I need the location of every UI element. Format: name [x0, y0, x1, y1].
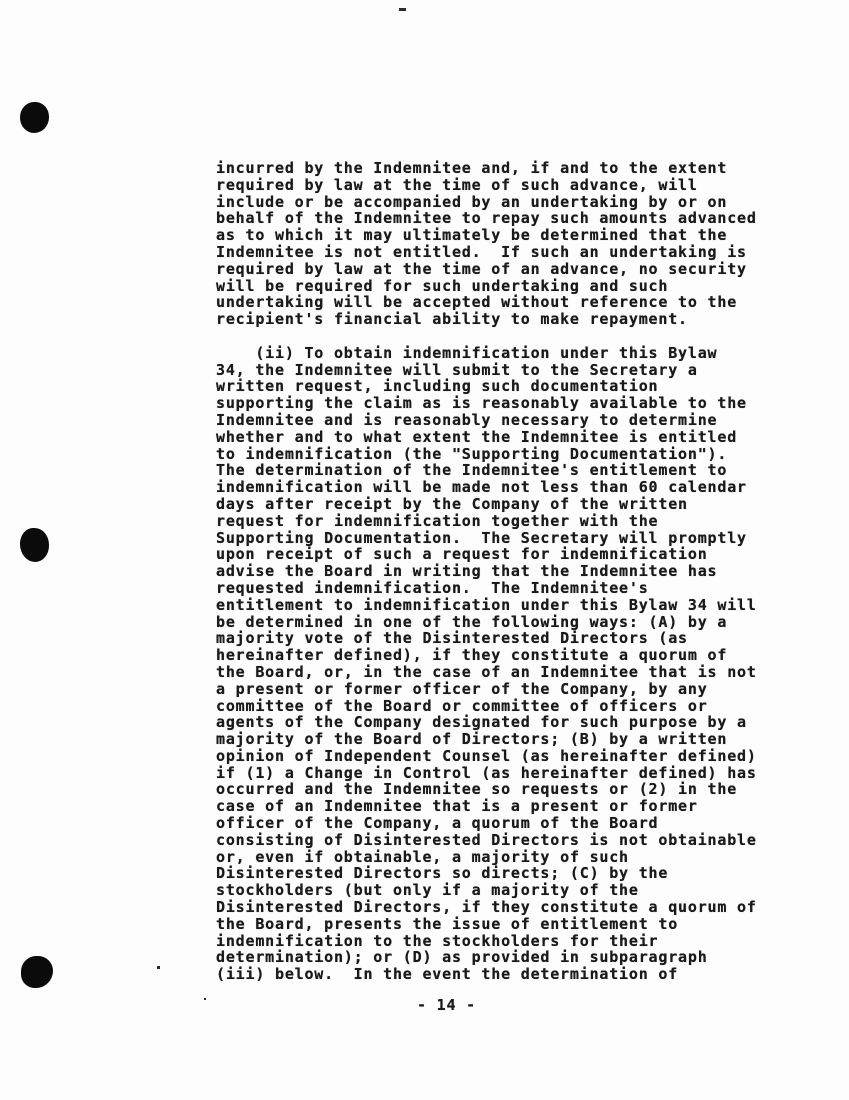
hole-punch-dot: [20, 102, 49, 133]
page-number: - 14 -: [417, 997, 476, 1014]
scanned-page: incurred by the Indemnitee and, if and t…: [0, 0, 849, 1100]
scan-speck: [204, 998, 206, 1000]
paragraph-advance-undertaking: incurred by the Indemnitee and, if and t…: [216, 160, 786, 328]
scan-speck: [157, 966, 160, 969]
hole-punch-dot: [21, 956, 53, 988]
body-text-block: incurred by the Indemnitee and, if and t…: [216, 160, 786, 983]
hole-punch-dot: [20, 528, 49, 562]
scan-speck: [399, 8, 406, 11]
paragraph-bylaw-34-ii: (ii) To obtain indemnification under thi…: [216, 345, 786, 983]
